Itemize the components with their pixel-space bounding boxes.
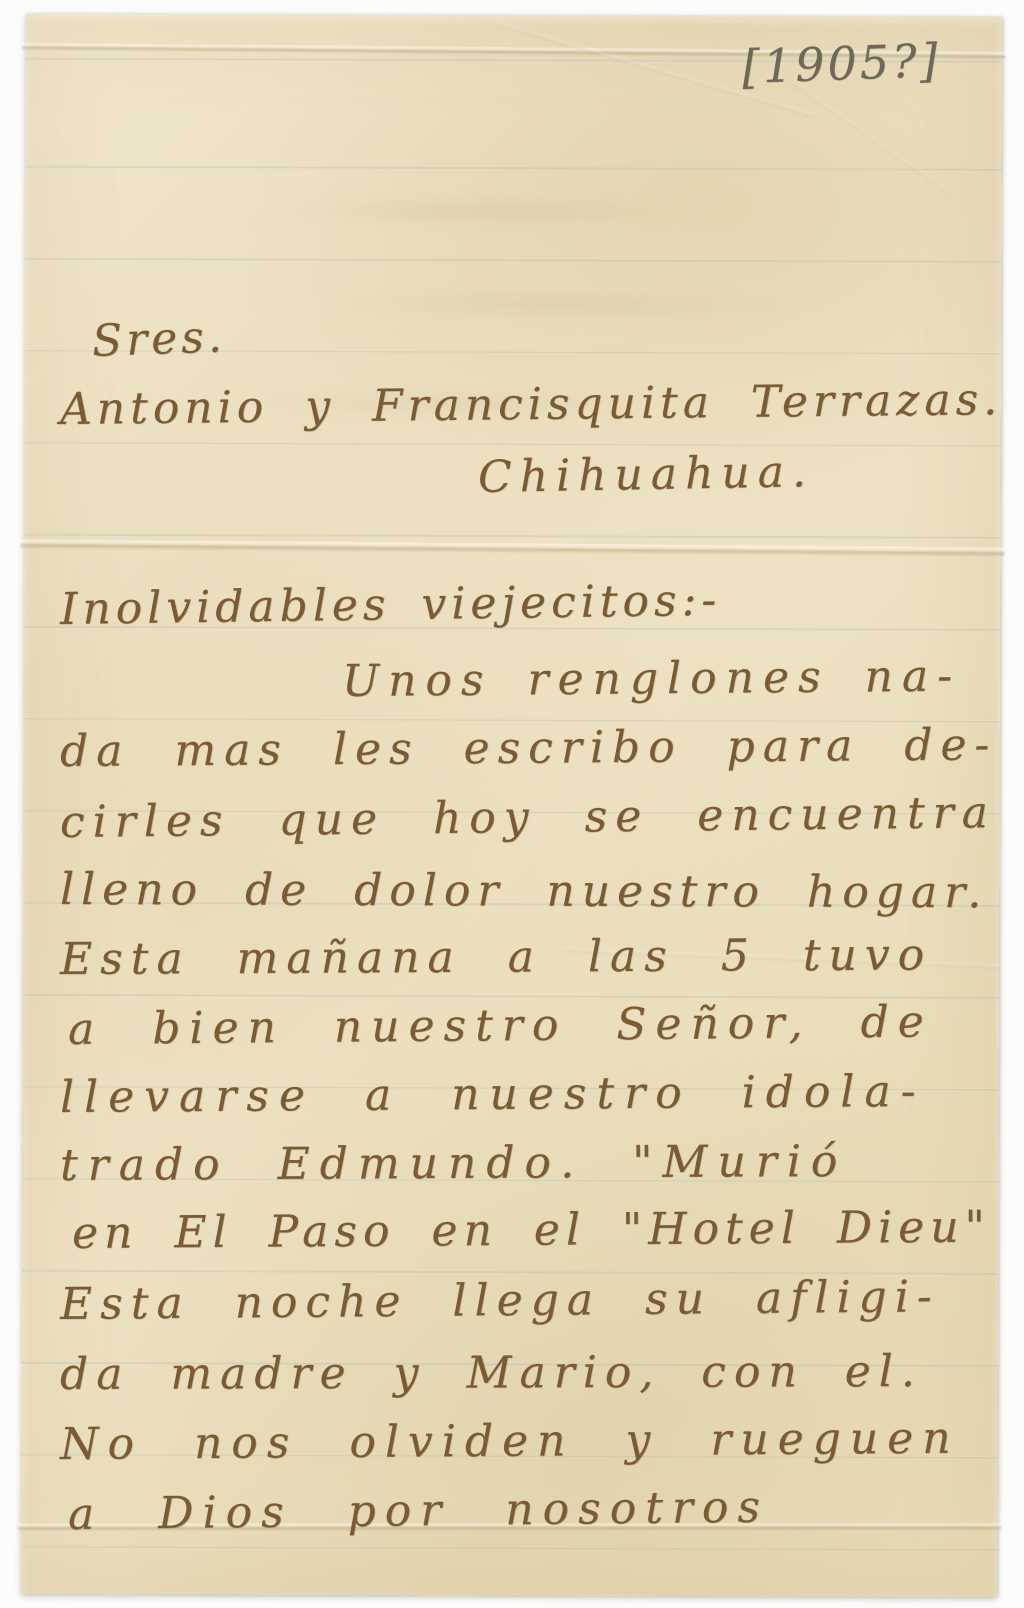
salutation-line: Inolvidables viejecitos:- — [60, 575, 722, 635]
handwriting-layer: [1905?] Sres. Antonio y Francisquita Ter… — [0, 0, 1024, 1608]
scanned-letter-page: [1905?] Sres. Antonio y Francisquita Ter… — [0, 0, 1024, 1608]
body-line: da madre y Mario, con el. — [60, 1346, 923, 1400]
body-line: a Dios por nosotros — [68, 1482, 769, 1540]
body-line: lleno de dolor nuestro hogar. — [60, 864, 989, 918]
body-line: da mas les escribo para de- — [60, 719, 998, 777]
body-line: llevarse a nuestro idola- — [60, 1066, 926, 1123]
body-line: en El Paso en el "Hotel Dieu" — [72, 1202, 991, 1259]
body-line: Esta noche llega su afligi- — [60, 1271, 940, 1330]
body-line: Esta mañana a las 5 tuvo — [60, 929, 932, 985]
body-line: No nos olviden y rueguen — [60, 1413, 960, 1470]
recipient-line: Antonio y Francisquita Terrazas. — [60, 374, 1003, 435]
body-line: Unos renglones na- — [342, 651, 961, 707]
body-line: trado Edmundo. "Murió — [60, 1136, 848, 1191]
body-line: cirles que hoy se encuentra — [60, 787, 996, 848]
recipient-line: Sres. — [91, 311, 226, 367]
date-annotation: [1905?] — [741, 33, 941, 94]
body-line: a bien nuestro Señor, de — [68, 996, 933, 1055]
recipient-line: Chihuahua. — [478, 446, 815, 503]
